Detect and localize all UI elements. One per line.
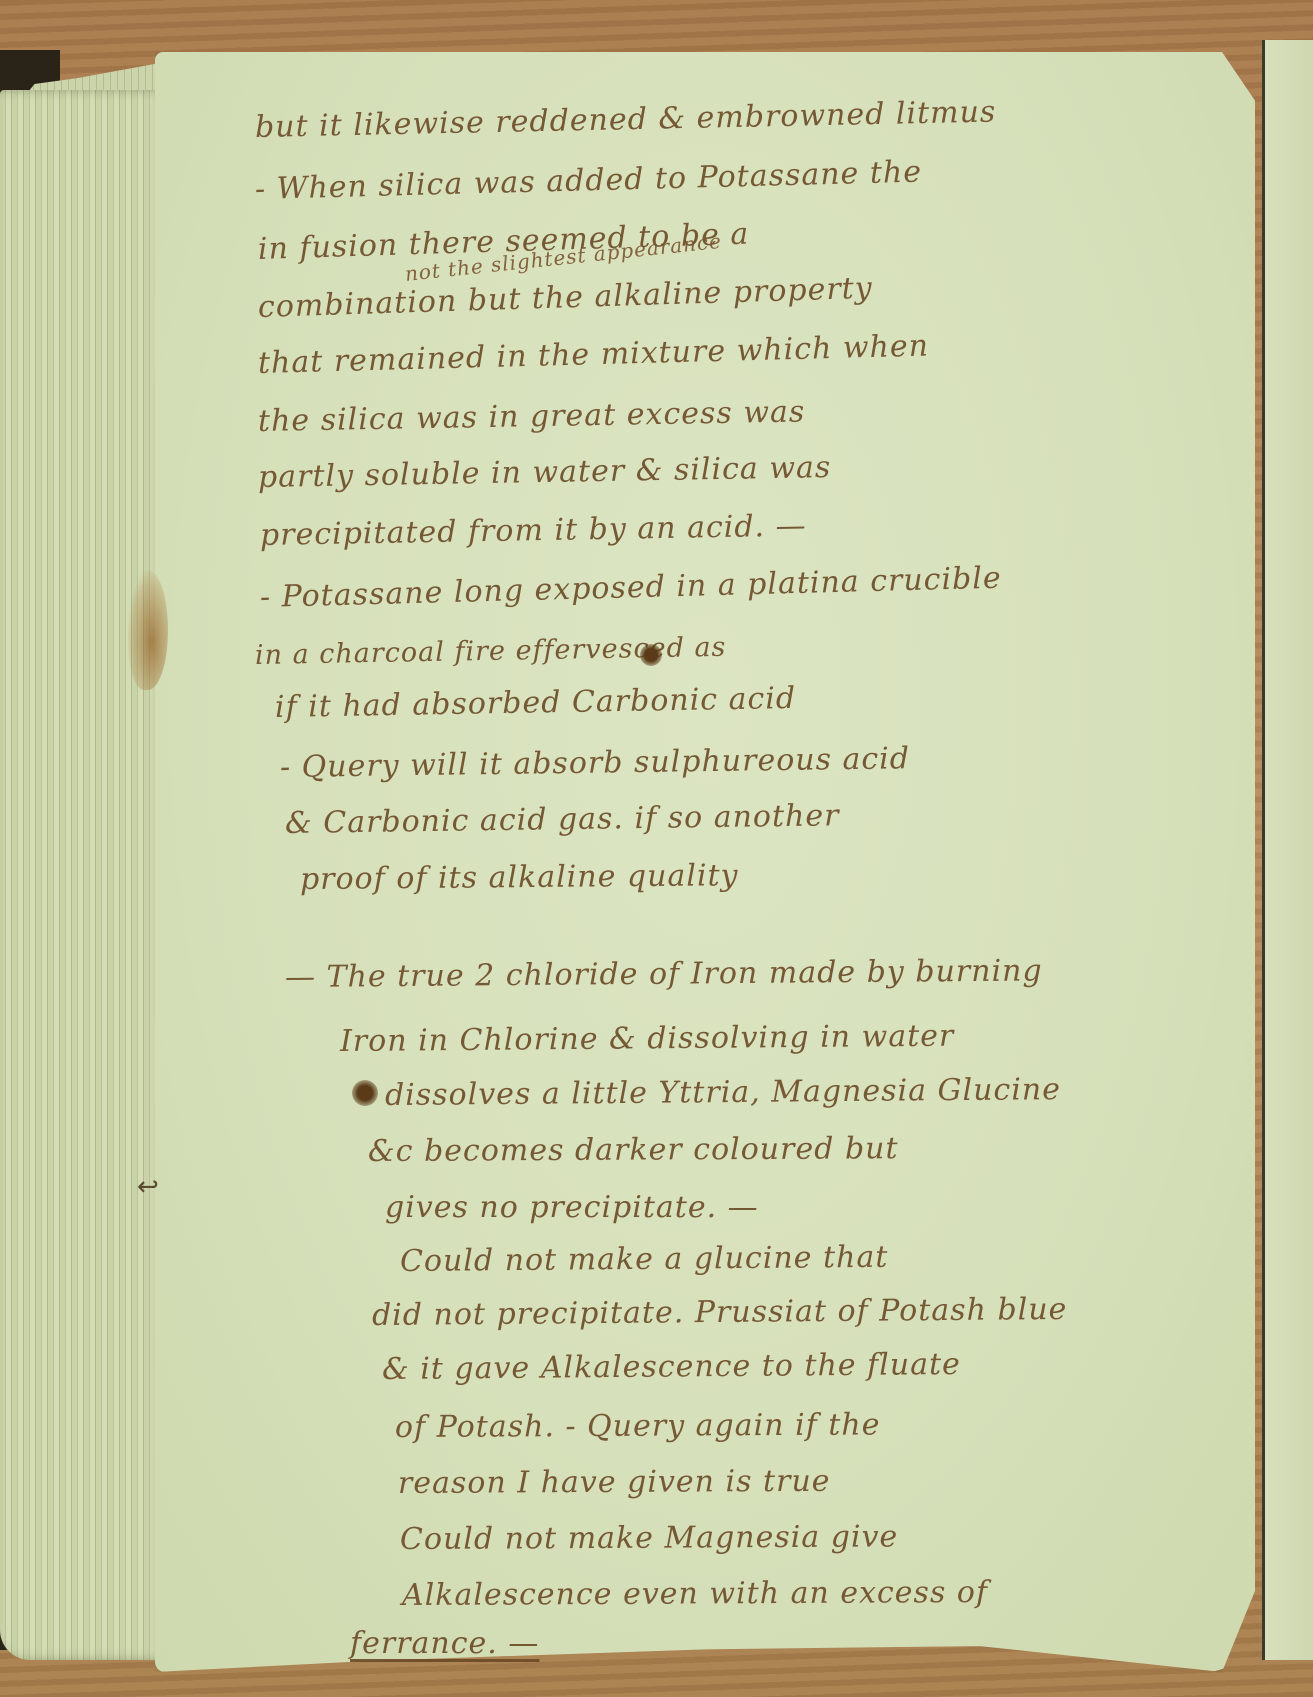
book-page-stack	[0, 90, 165, 1660]
manuscript-line: Alkalescence even with an excess of	[402, 1575, 988, 1613]
manuscript-line: proof of its alkaline quality	[300, 858, 739, 897]
manuscript-line: did not precipitate. Prussiat of Potash …	[372, 1292, 1068, 1333]
margin-mark: ↩	[137, 1172, 159, 1202]
manuscript-line-final: ferrance. —	[350, 1626, 539, 1661]
ink-blot	[352, 1080, 378, 1106]
manuscript-line: & it gave Alkalescence to the fluate	[382, 1347, 961, 1387]
manuscript-line: reason I have given is true	[398, 1464, 831, 1501]
manuscript-line: &c becomes darker coloured but	[368, 1131, 899, 1169]
manuscript-line: Could not make a glucine that	[400, 1240, 889, 1279]
manuscript-line: Could not make Magnesia give	[400, 1519, 898, 1557]
manuscript-line: gives no precipitate. —	[385, 1190, 759, 1225]
manuscript-line: Iron in Chlorine & dissolving in water	[340, 1019, 955, 1059]
ink-blot	[640, 644, 662, 666]
manuscript-line: — The true 2 chloride of Iron made by bu…	[285, 953, 1043, 995]
manuscript-line: dissolves a little Yttria, Magnesia Gluc…	[385, 1072, 1061, 1113]
manuscript-line: of Potash. - Query again if the	[395, 1407, 881, 1445]
ink-stain	[128, 570, 168, 690]
facing-page-edge	[1262, 40, 1313, 1660]
